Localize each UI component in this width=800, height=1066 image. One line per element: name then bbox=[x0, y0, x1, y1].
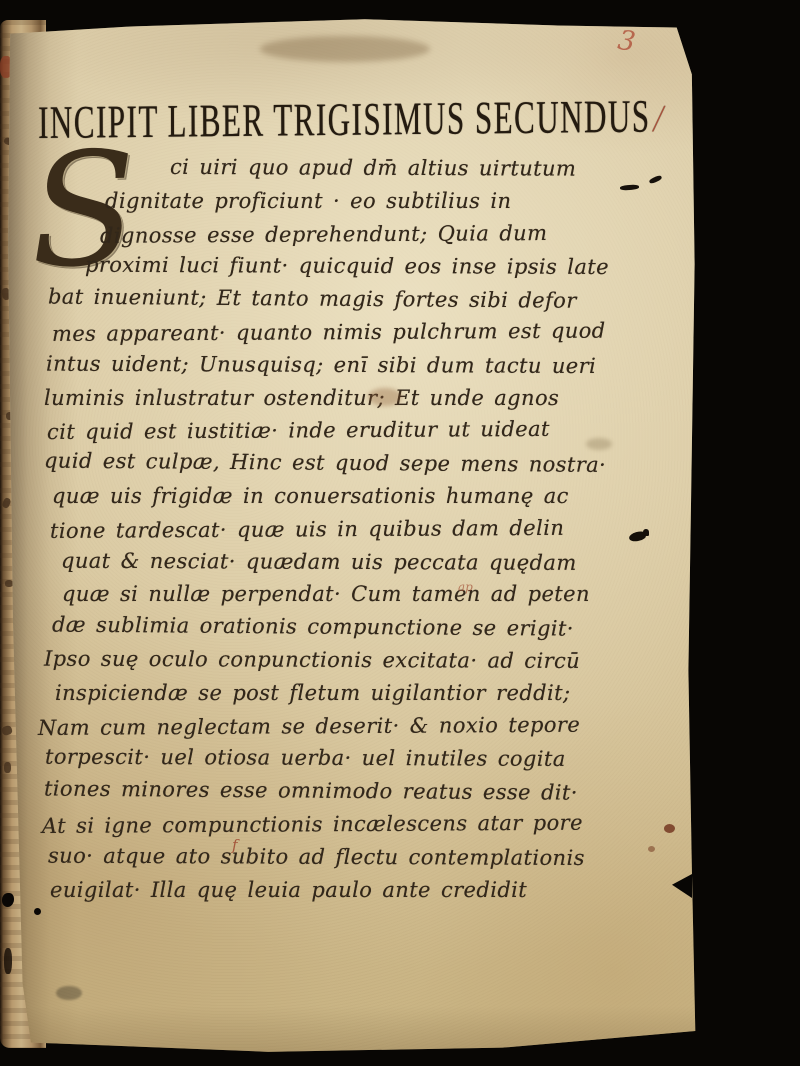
text-line: torpescit· uel otiosa uerba· uel inutile… bbox=[45, 741, 684, 777]
text-line: mes appareant· quanto nimis pulchrum est… bbox=[52, 314, 684, 351]
edge-bleed-mark bbox=[2, 497, 12, 509]
text-line: luminis inlustratur ostenditur; Et unde … bbox=[44, 382, 684, 415]
text-line: dignosse esse deprehendunt; Quia dum bbox=[100, 216, 684, 252]
folio-number: 3 bbox=[616, 25, 638, 58]
manuscript-photo: 3 INCIPIT LIBER TRIGISIMUS SECUNDUS⁄ S c… bbox=[0, 0, 800, 1066]
top-edge-stain bbox=[260, 36, 430, 62]
page-bottom-shading bbox=[6, 1006, 696, 1056]
text-line: Nam cum neglectam se deserit· & noxio te… bbox=[38, 708, 684, 745]
rust-stain bbox=[664, 824, 675, 833]
text-line: bat inueniunt; Et tanto magis fortes sib… bbox=[48, 281, 684, 319]
ink-blot bbox=[643, 529, 649, 536]
text-block: ci uiri quo apud dm̄ altius uirtutum dig… bbox=[44, 152, 684, 906]
text-line: tione tardescat· quæ uis in quibus dam d… bbox=[50, 511, 684, 548]
rust-stain bbox=[648, 846, 655, 852]
incipit-title: INCIPIT LIBER TRIGISIMUS SECUNDUS⁄ bbox=[38, 89, 686, 150]
text-line: quæ uis frigidæ in conuersationis humanę… bbox=[52, 480, 684, 513]
edge-bleed-mark bbox=[1, 725, 13, 736]
text-line: Ipso suę oculo conpunctionis excitata· a… bbox=[44, 643, 684, 679]
text-line: dæ sublimia orationis compunctione se er… bbox=[52, 609, 684, 647]
text-line: euigilat· Illa quę leuia paulo ante cred… bbox=[50, 874, 684, 907]
text-line: ci uiri quo apud dm̄ altius uirtutum bbox=[170, 151, 684, 186]
interlinear-correction: f bbox=[232, 836, 238, 854]
text-line: quat & nesciat· quædam uis peccata quęda… bbox=[61, 544, 684, 580]
text-line: inspiciendæ se post fletum uigilantior r… bbox=[55, 677, 684, 710]
text-line: tiones minores esse omnimodo reatus esse… bbox=[44, 773, 684, 811]
gutter-dark-streak bbox=[4, 948, 12, 974]
edge-bleed-mark bbox=[5, 580, 13, 587]
text-line: At si igne compunctionis incælescens ata… bbox=[42, 806, 684, 843]
text-line: suo· atque ato subito ad flectu contempl… bbox=[48, 839, 684, 875]
rubric-flourish: ⁄ bbox=[656, 97, 662, 141]
faint-smudge bbox=[586, 438, 612, 450]
brown-smudge bbox=[368, 388, 402, 406]
gutter-smudge bbox=[56, 986, 82, 1000]
text-line: dignitate proficiunt · eo subtilius in bbox=[105, 185, 684, 218]
parchment-page: 3 INCIPIT LIBER TRIGISIMUS SECUNDUS⁄ S c… bbox=[6, 14, 696, 1056]
marginal-correction: ap bbox=[458, 580, 473, 594]
text-line: quid est culpæ, Hinc est quod sepe mens … bbox=[44, 445, 684, 483]
ink-speck bbox=[34, 908, 41, 915]
text-line: intus uident; Unusquisq; enī sibi dum ta… bbox=[46, 347, 684, 383]
text-line: proximi luci fiunt· quicquid eos inse ip… bbox=[85, 249, 684, 284]
edge-bleed-mark bbox=[4, 762, 11, 773]
text-line: quæ si nullæ perpendat· Cum tamen ad pet… bbox=[62, 578, 684, 611]
